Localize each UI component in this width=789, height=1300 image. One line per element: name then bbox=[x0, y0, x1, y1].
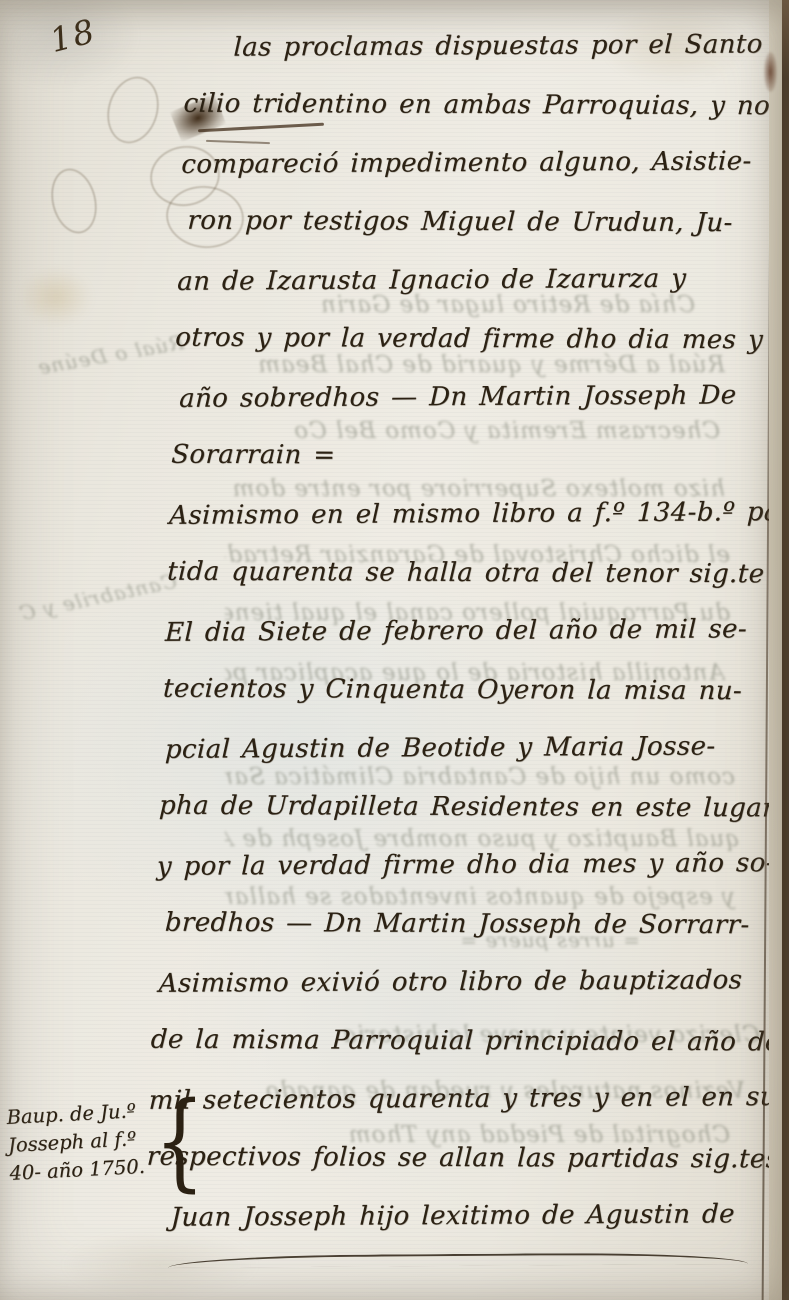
manuscript-line: Sorarrain = bbox=[170, 428, 772, 489]
manuscript-line: bredhos — Dn Martin Josseph de Sorrarr- bbox=[164, 896, 756, 957]
manuscript-line: y por la verdad firme dho dia mes y año … bbox=[156, 837, 758, 899]
manuscript-line: pha de Urdapilleta Residentes en este lu… bbox=[158, 779, 760, 840]
pen-loop bbox=[100, 70, 167, 149]
manuscript-page: Chía de Retiro lugar de Garin Rúal a Dér… bbox=[0, 0, 789, 1300]
manuscript-line: año sobredhos — Dn Martin Josseph De bbox=[178, 369, 774, 431]
manuscript-line: tecientos y Cinquenta Oyeron la misa nu- bbox=[162, 662, 764, 723]
manuscript-line: pcial Agustin de Beotide y Maria Josse- bbox=[164, 720, 762, 782]
paper-stain bbox=[18, 268, 92, 326]
closing-rule bbox=[168, 1252, 748, 1268]
manuscript-line: de la misma Parroquial principiado el añ… bbox=[150, 1013, 752, 1074]
manuscript-line: an de Izarusta Ignacio de Izarurza y bbox=[176, 252, 778, 314]
manuscript-line: El dia Siete de febrero del año de mil s… bbox=[164, 603, 766, 665]
manuscript-line: cilio tridentino en ambas Parroquias, y … bbox=[182, 77, 784, 138]
margin-brace: { bbox=[154, 1086, 205, 1196]
page-number: 18 bbox=[46, 11, 100, 60]
manuscript-line: Asimismo exivió otro libro de bauptizado… bbox=[158, 954, 754, 1016]
manuscript-line: Asimismo en el mismo libro a f.º 134-b.º… bbox=[168, 486, 770, 548]
binding-corner-mark bbox=[764, 52, 777, 92]
neighbor-page-sliver bbox=[769, 0, 782, 1300]
manuscript-line: compareció impedimento alguno, Asistie- bbox=[180, 135, 782, 197]
bleed-through-text: Cantabrile y Canteria bbox=[17, 569, 178, 626]
binding-strip bbox=[782, 0, 789, 1300]
manuscript-text-block: las proclamas dispuestas por el Santo Co… bbox=[144, 20, 787, 1249]
manuscript-line: las proclamas dispuestas por el Santo Co… bbox=[233, 18, 787, 80]
margin-note: Baup. de Ju.º Josseph al f.º 40- año 175… bbox=[6, 1096, 162, 1188]
manuscript-line: respectivos folios se allan las partidas… bbox=[146, 1130, 748, 1191]
bleed-through-text: Rúal o Deúne bbox=[9, 330, 186, 384]
manuscript-line: tida quarenta se halla otra del tenor si… bbox=[166, 545, 768, 606]
manuscript-line: ron por testigos Miguel de Urudun, Ju- bbox=[186, 194, 780, 255]
manuscript-line: otros y por la verdad firme dho dia mes … bbox=[174, 311, 776, 372]
manuscript-line: mil setecientos quarenta y tres y en el … bbox=[148, 1071, 750, 1133]
pen-loop bbox=[45, 164, 104, 239]
manuscript-line: Juan Josseph hijo lexitimo de Agustin de bbox=[170, 1188, 746, 1250]
